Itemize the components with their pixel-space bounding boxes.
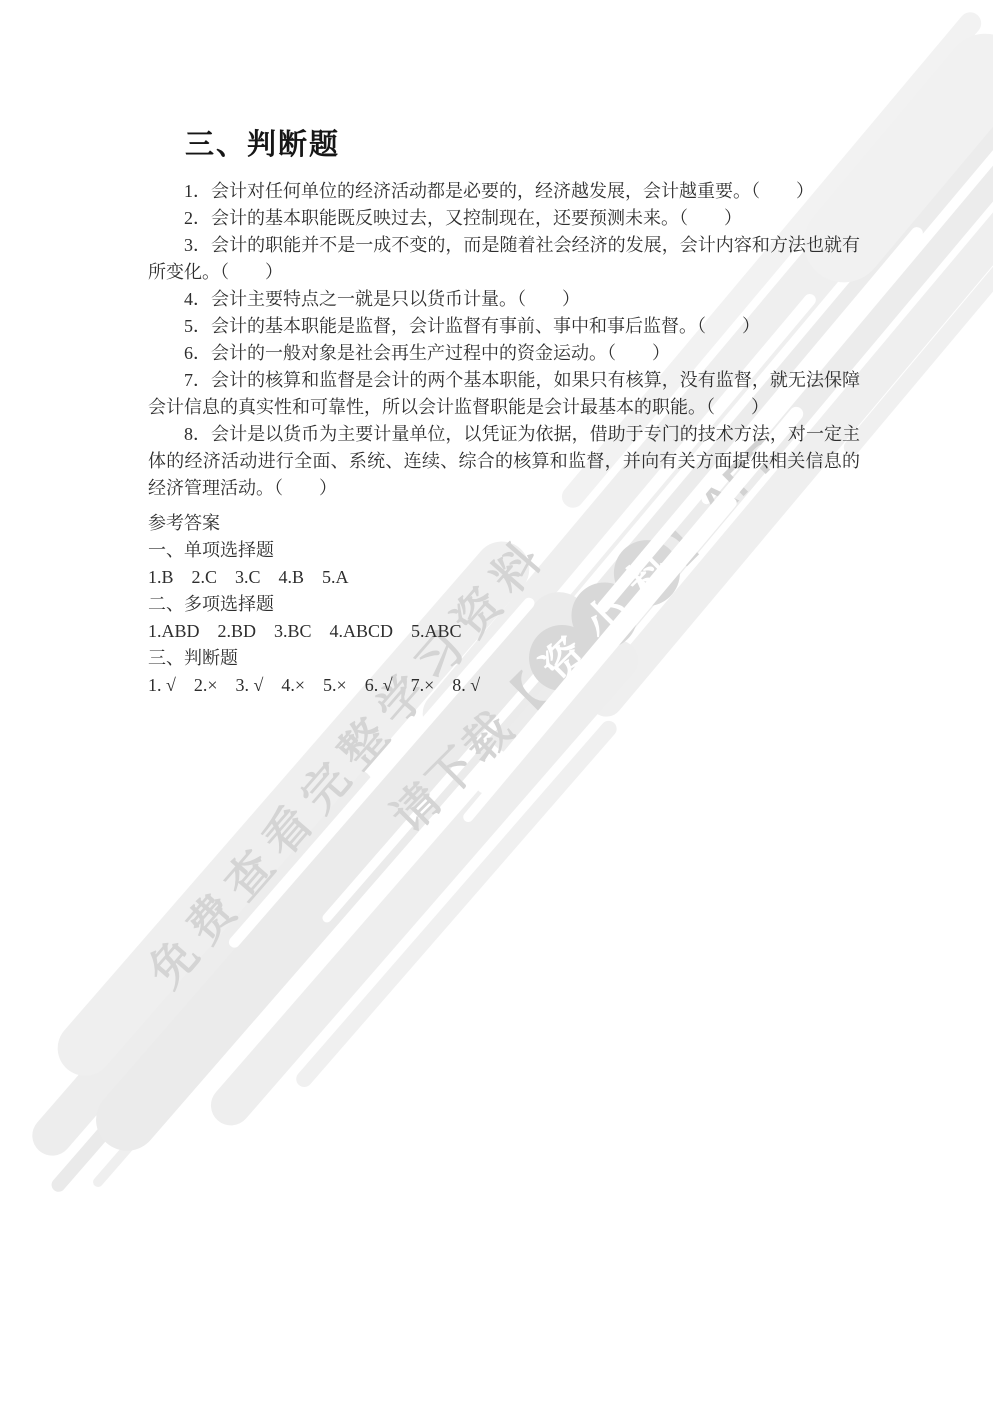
answer-line: 1. √ 2.× 3. √ 4.× 5.× 6. √ 7.× 8. √	[148, 672, 860, 699]
section-title: 三、判断题	[185, 128, 860, 162]
brush-stroke	[91, 941, 308, 1189]
question-item: 1．会计对任何单位的经济活动都是必要的，经济越发展，会计越重要。（ ）	[148, 178, 860, 205]
brush-stroke	[841, 142, 993, 459]
brush-stroke	[293, 718, 620, 1091]
question-item: 4．会计主要特点之一就是只以货币计量。（ ）	[148, 286, 860, 313]
question-item: 8．会计是以货币为主要计量单位，以凭证为依据，借助于专门的技术方法，对一定主体的…	[148, 421, 860, 502]
document-page: 免费查看完整学习资料 请下载【 资小料 】 APP 三、判断题 1．会计对任何单…	[0, 0, 993, 1404]
answer-key: 参考答案 一、单项选择题1.B 2.C 3.C 4.B 5.A二、多项选择题1.…	[148, 510, 860, 699]
answer-line: 三、判断题	[148, 645, 860, 672]
question-item: 3．会计的职能并不是一成不变的，而是随着社会经济的发展，会计内容和方法也就有所变…	[148, 232, 860, 286]
answer-line: 1.B 2.C 3.C 4.B 5.A	[148, 564, 860, 591]
brush-stroke	[24, 760, 382, 1164]
answer-line: 一、单项选择题	[148, 537, 860, 564]
page-content: 三、判断题 1．会计对任何单位的经济活动都是必要的，经济越发展，会计越重要。（ …	[0, 0, 860, 699]
answer-line: 二、多项选择题	[148, 591, 860, 618]
answer-line: 1.ABD 2.BD 3.BC 4.ABCD 5.ABC	[148, 618, 860, 645]
answer-key-heading: 参考答案	[148, 510, 860, 537]
question-item: 2．会计的基本职能既反映过去，又控制现在，还要预测未来。（ ）	[148, 205, 860, 232]
question-item: 7．会计的核算和监督是会计的两个基本职能，如果只有核算，没有监督，就无法保障会计…	[148, 367, 860, 421]
question-list: 1．会计对任何单位的经济活动都是必要的，经济越发展，会计越重要。（ ）2．会计的…	[148, 178, 860, 502]
brush-stroke	[203, 632, 647, 1134]
answer-line-list: 一、单项选择题1.B 2.C 3.C 4.B 5.A二、多项选择题1.ABD 2…	[148, 537, 860, 699]
question-item: 6．会计的一般对象是社会再生产过程中的资金运动。（ ）	[148, 340, 860, 367]
brush-stroke	[49, 914, 296, 1195]
question-item: 5．会计的基本职能是监督，会计监督有事前、事中和事后监督。（ ）	[148, 313, 860, 340]
